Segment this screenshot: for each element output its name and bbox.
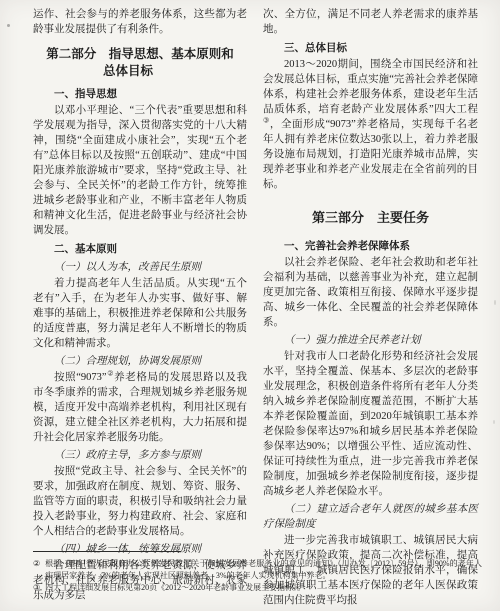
footnote-marker-2: ② [33,558,40,581]
task-1-paragraph: 以社会养老保险、老年社会救助和老年社会福利为基础，以慈善事业为补充，建立起制度更… [263,255,478,330]
principle-1-paragraph: 着力提高老年人生活品质。从实现“五个老有”入手，在为老年人办实事、做好事、解难事… [33,276,247,351]
section-head-basic-principles: 二、基本原则 [33,242,247,257]
task-1-head: 一、完善社会养老保障体系 [263,239,478,254]
section-head-guiding-ideology: 一、指导思想 [33,87,247,102]
footnote-item: ③ 四大工程详细发展目标见第20页《2012～2020年老龄事业发展主要指标》。 [33,582,482,594]
part3-heading: 第三部分 主要任务 [263,209,478,226]
scan-artifact [494,300,496,305]
principle-2-paragraph: 按照“9073”②养老格局的发展思路以及我市冬季康养的需求，合理规划城乡养老服务… [33,370,247,445]
footnotes-block: ② 根据《四川省人民政府办公厅转发民政厅关于加快发展养老服务业的意见的通知》（川… [33,551,482,595]
paragraph-guiding-ideology: 以邓小平理论、“三个代表”重要思想和科学发展观为指导，深入贯彻落实党的十八大精神… [33,103,247,238]
principle-2-text-pre: 按照“9073” [54,372,107,383]
footnote-ref-3: ③ [263,117,270,125]
footnote-text-2: 根据《四川省人民政府办公厅转发民政厅关于加快发展养老服务业的意见的通知》（川办发… [45,558,482,581]
section-head-overall-goals: 三、总体目标 [263,41,478,56]
overall-goals-text-pre: 2013～2020期间，围绕全市国民经济和社会发展总体目标，重点实施“完善社会养… [263,59,478,115]
task-1-1-paragraph: 针对我市人口老龄化形势和经济社会发展水平，坚持全覆盖、保基本、多层次的老龄事业发… [263,349,478,499]
footnote-separator [33,551,181,552]
continuation-paragraph: 运作、社会参与的养老服务体系，这些都为老龄事业发展提供了有利条件。 [33,7,247,37]
principle-3-head: （三）政府主导，多方参与原则 [33,448,247,463]
task-1-1-head: （一）强力推进全民养老计划 [263,333,478,348]
left-column: 运作、社会参与的养老服务体系，这些都为老龄事业发展提供了有利条件。 第二部分 指… [33,7,247,603]
footnote-marker-3: ③ [33,582,40,594]
principle-1-head: （一）以人为本，改善民生原则 [33,260,247,275]
document-page: 运作、社会参与的养老服务体系，这些都为老龄事业发展提供了有利条件。 第二部分 指… [0,0,500,611]
footnote-text-3: 四大工程详细发展目标见第20页《2012～2020年老龄事业发展主要指标》。 [45,582,482,594]
overall-goals-text-post: ，全面形成“9073”养老格局，实现每千名老年人拥有养老床位数达30张以上，着力… [263,119,478,190]
part2-heading-line1: 第二部分 指导思想、基本原则和 [33,46,247,63]
task-1-2-head: （二）建立适合老年人就医的城乡基本医疗保险制度 [263,502,478,532]
part2-heading-line2: 总体目标 [33,63,247,80]
footnote-ref-2: ② [107,370,115,378]
right-column: 次、全方位，满足不同老人养老需求的康养基地。 三、总体目标 2013～2020期… [263,7,478,608]
principle-2-head: （二）合理规划，协调发展原则 [33,354,247,369]
principle-3-paragraph: 按照“党政主导、社会参与、全民关怀”的要求，加强政府在制度、规划、筹资、服务、监… [33,464,247,539]
part2-heading: 第二部分 指导思想、基本原则和 总体目标 [33,46,247,80]
continuation-paragraph: 次、全方位，满足不同老人养老需求的康养基地。 [263,7,478,37]
overall-goals-paragraph: 2013～2020期间，围绕全市国民经济和社会发展总体目标，重点实施“完善社会养… [263,57,478,192]
scan-artifact [493,420,495,424]
footnote-item: ② 根据《四川省人民政府办公厅转发民政厅关于加快发展养老服务业的意见的通知》（川… [33,558,482,581]
scan-artifact [7,24,10,27]
